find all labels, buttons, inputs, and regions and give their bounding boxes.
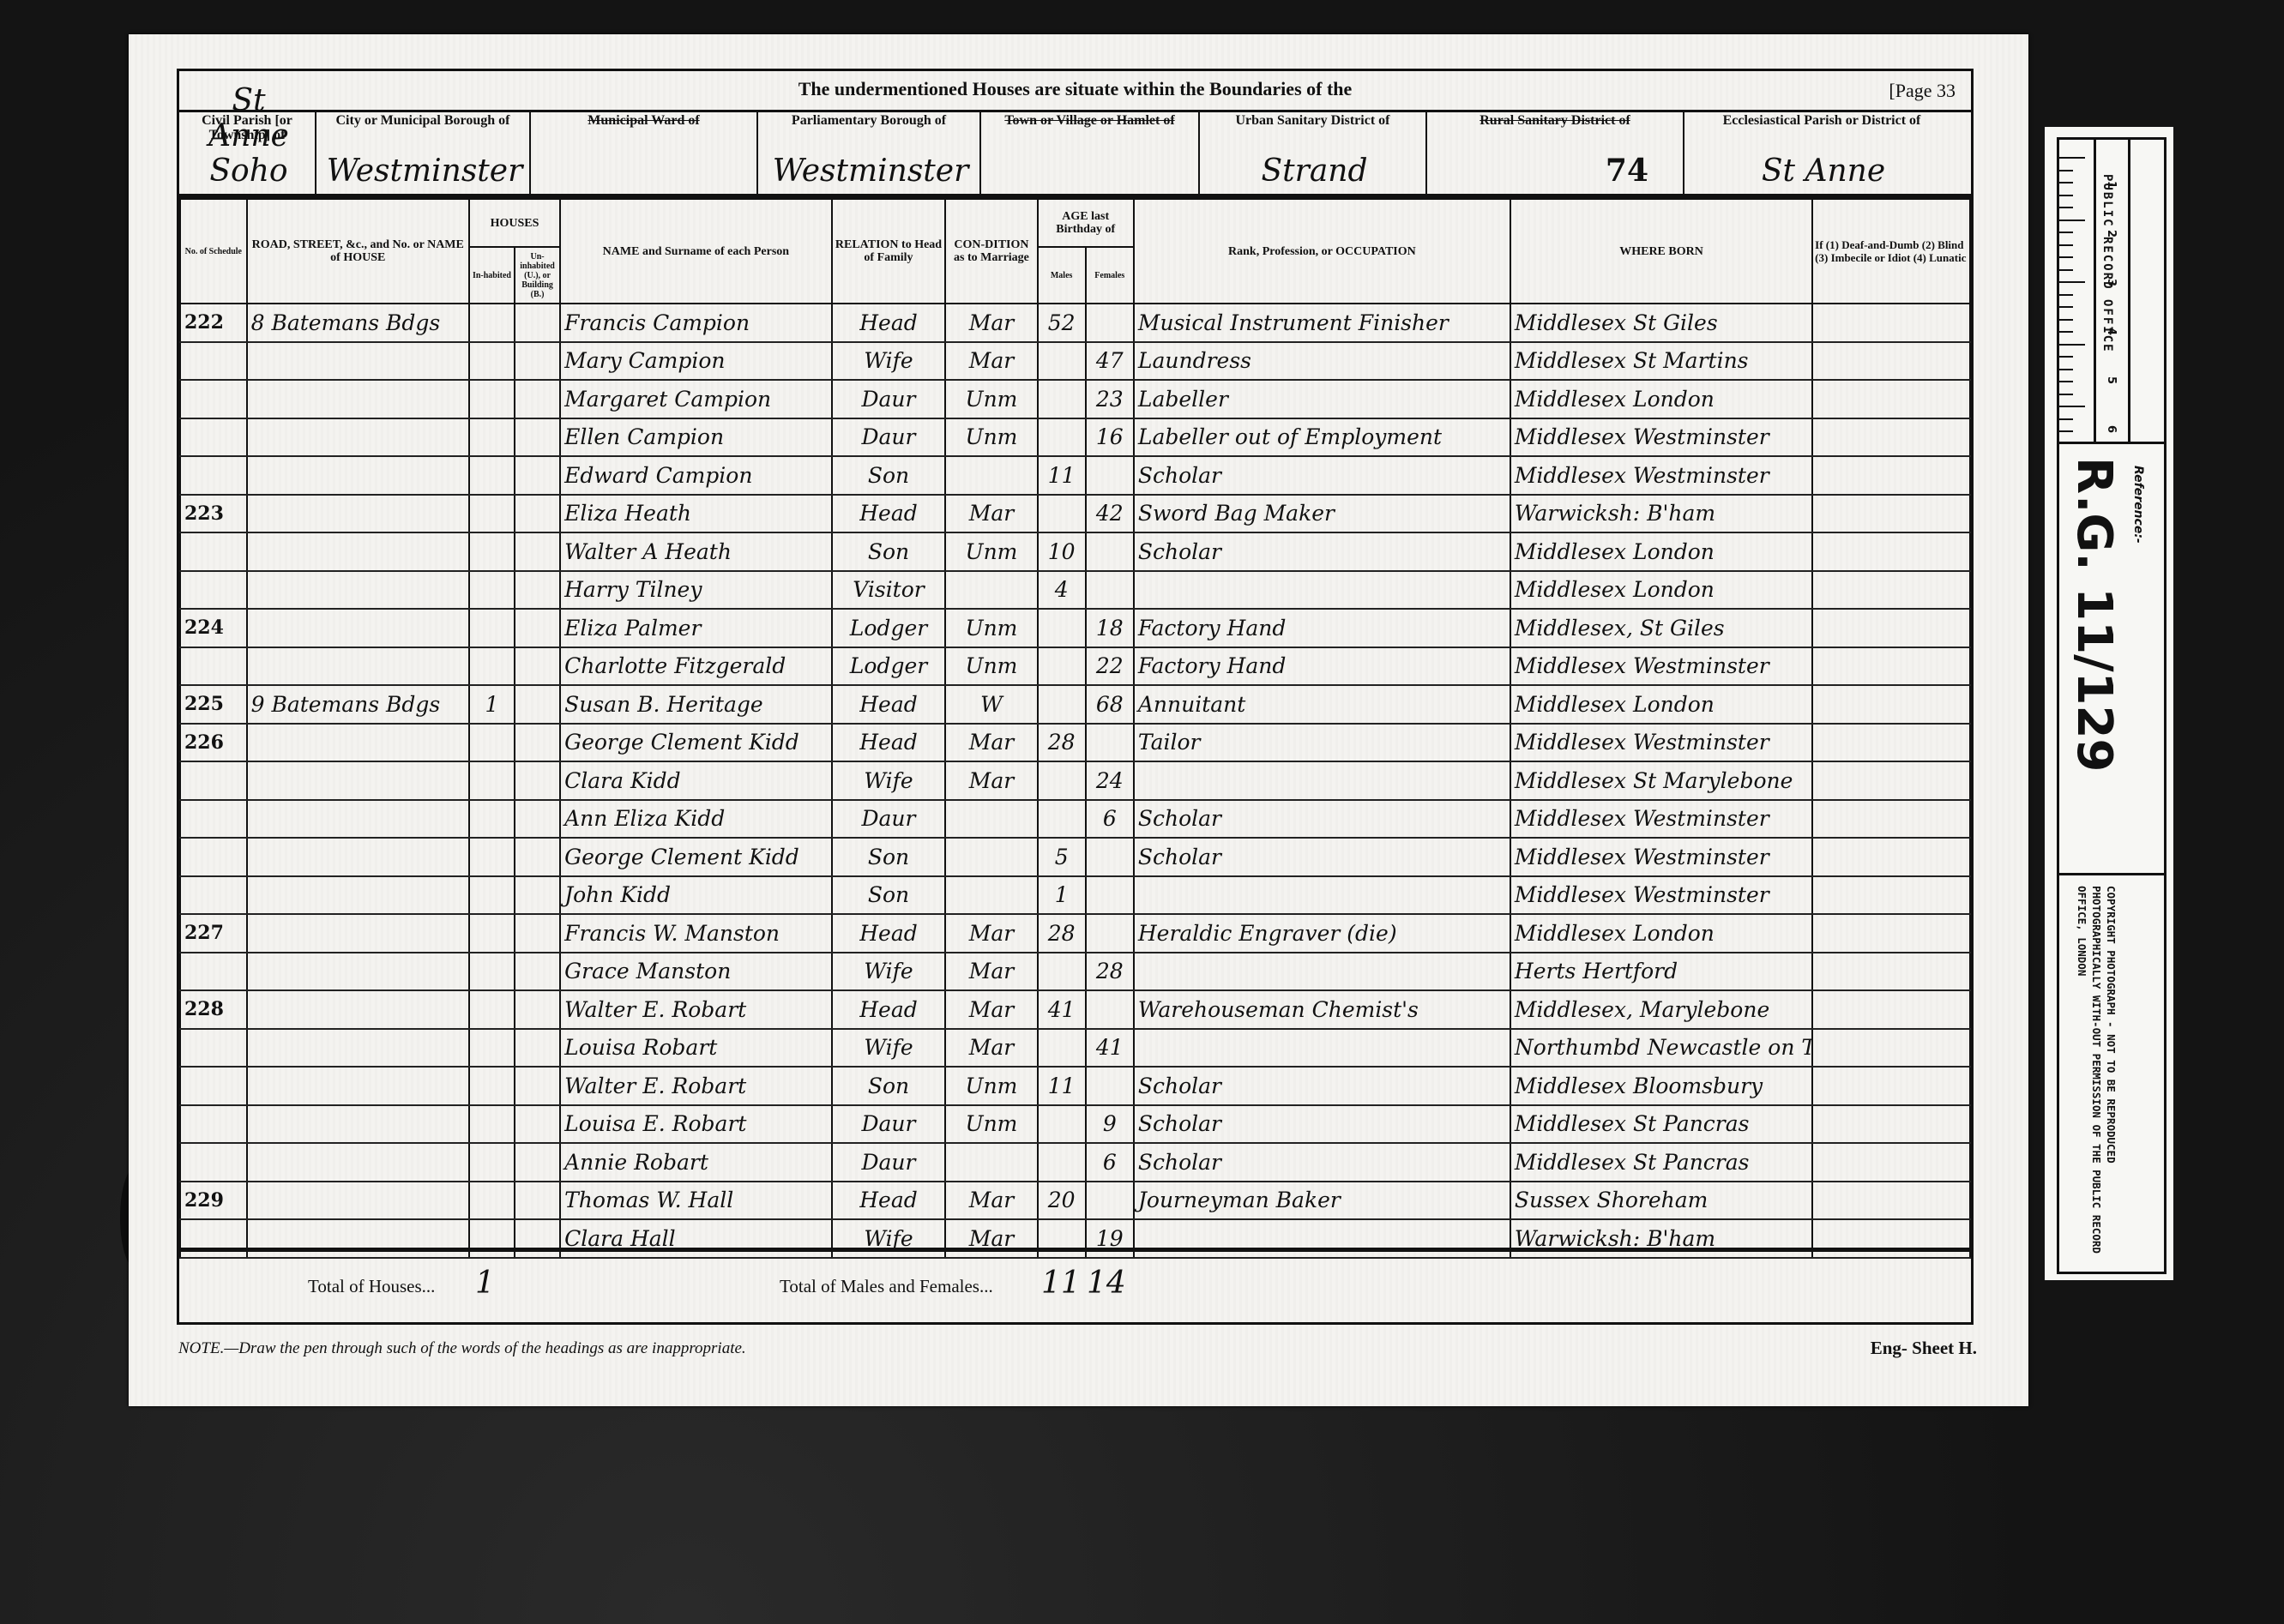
table-row: George Clement KiddSon5ScholarMiddlesex … xyxy=(180,838,1970,876)
cell-relation: Daur xyxy=(832,800,946,839)
cell-female-age xyxy=(1086,876,1134,915)
cell-condition: Unm xyxy=(945,1067,1037,1105)
cell-schedule xyxy=(180,800,247,839)
cell-name: Annie Robart xyxy=(560,1143,832,1182)
table-row: Annie RobartDaur6ScholarMiddlesex St Pan… xyxy=(180,1143,1970,1182)
cell-inhabited xyxy=(469,456,515,495)
cell-inhabited xyxy=(469,838,515,876)
cell-female-age: 28 xyxy=(1086,953,1134,991)
cell-condition: Unm xyxy=(945,647,1037,686)
cell-inhabited xyxy=(469,609,515,647)
cell-male-age: 41 xyxy=(1038,990,1086,1029)
cell-occupation: Warehouseman Chemist's xyxy=(1134,990,1510,1029)
cell-born: Middlesex Westminster xyxy=(1510,647,1812,686)
cell-born: Warwicksh: B'ham xyxy=(1510,495,1812,533)
col-schedule: No. of Schedule xyxy=(180,199,247,304)
household-table: No. of Schedule ROAD, STREET, &c., and N… xyxy=(179,198,1971,1287)
cell-occupation: Tailor xyxy=(1134,724,1510,762)
cell-inhabited xyxy=(469,571,515,610)
table-row: Harry TilneyVisitor4Middlesex London xyxy=(180,571,1970,610)
cell-schedule xyxy=(180,1105,247,1144)
cell-male-age xyxy=(1038,1105,1086,1144)
cell-born: Sussex Shoreham xyxy=(1510,1182,1812,1220)
cell-condition: Unm xyxy=(945,609,1037,647)
sheet-label: Eng- Sheet H. xyxy=(1871,1338,1977,1359)
cell-female-age: 42 xyxy=(1086,495,1134,533)
copyright-notice: COPYRIGHT PHOTOGRAPH - NOT TO BE REPRODU… xyxy=(2075,886,2118,1263)
cell-schedule: 229 xyxy=(180,1182,247,1220)
cell-schedule xyxy=(180,953,247,991)
cell-female-age: 16 xyxy=(1086,418,1134,457)
table-row: Walter A HeathSonUnm10ScholarMiddlesex L… xyxy=(180,532,1970,571)
cell-empty xyxy=(1812,724,1970,762)
cell-road xyxy=(247,647,469,686)
cell-empty xyxy=(1812,342,1970,381)
cell-occupation: Factory Hand xyxy=(1134,647,1510,686)
cell-born: Middlesex, Marylebone xyxy=(1510,990,1812,1029)
table-row: Mary CampionWifeMar47LaundressMiddlesex … xyxy=(180,342,1970,381)
cell-name: Eliza Palmer xyxy=(560,609,832,647)
cell-relation: Head xyxy=(832,495,946,533)
ruler-tick xyxy=(2059,220,2085,221)
col-relation: RELATION to Head of Family xyxy=(832,199,946,304)
cell-occupation: Sword Bag Maker xyxy=(1134,495,1510,533)
cell-female-age: 22 xyxy=(1086,647,1134,686)
scale-digit: 6 xyxy=(2105,425,2118,433)
cell-male-age xyxy=(1038,761,1086,800)
cell-male-age xyxy=(1038,609,1086,647)
cell-schedule xyxy=(180,532,247,571)
ruler-tick xyxy=(2059,157,2085,159)
cell-name: Mary Campion xyxy=(560,342,832,381)
cell-schedule xyxy=(180,571,247,610)
boundary-label: Parliamentary Borough of xyxy=(758,110,979,128)
cell-empty xyxy=(1812,1029,1970,1068)
cell-male-age: 4 xyxy=(1038,571,1086,610)
table-row: Louisa E. RobartDaurUnm9ScholarMiddlesex… xyxy=(180,1105,1970,1144)
cell-born: Middlesex London xyxy=(1510,380,1812,418)
cell-empty xyxy=(515,571,560,610)
cell-empty xyxy=(515,647,560,686)
ruler-tick xyxy=(2059,306,2073,308)
cell-name: John Kidd xyxy=(560,876,832,915)
total-houses-value: 1 xyxy=(475,1266,495,1301)
ruler-tick xyxy=(2059,294,2073,296)
table-row: 229Thomas W. HallHeadMar20Journeyman Bak… xyxy=(180,1182,1970,1220)
cell-empty xyxy=(1812,571,1970,610)
cell-empty xyxy=(515,914,560,953)
archive-reference-strip: 123456 PUBLIC RECORD OFFICE Reference:- … xyxy=(2045,127,2173,1280)
cell-condition xyxy=(945,456,1037,495)
cell-relation: Head xyxy=(832,990,946,1029)
cell-born: Northumbd Newcastle on T. xyxy=(1510,1029,1812,1068)
cell-condition: Mar xyxy=(945,495,1037,533)
cell-female-age xyxy=(1086,571,1134,610)
cell-empty xyxy=(1812,495,1970,533)
cell-relation: Lodger xyxy=(832,647,946,686)
cell-road xyxy=(247,990,469,1029)
page-number: [Page 33 xyxy=(1889,80,1956,102)
cell-empty xyxy=(1812,304,1970,342)
cell-male-age xyxy=(1038,1143,1086,1182)
total-males-value: 11 xyxy=(1041,1266,1081,1301)
cell-empty xyxy=(1812,456,1970,495)
cell-condition: Unm xyxy=(945,380,1037,418)
cell-male-age xyxy=(1038,418,1086,457)
cell-empty xyxy=(515,876,560,915)
cell-male-age: 5 xyxy=(1038,838,1086,876)
boundary-label: Urban Sanitary District of xyxy=(1200,110,1425,128)
table-row: 223Eliza HeathHeadMar42Sword Bag MakerWa… xyxy=(180,495,1970,533)
table-row: Clara KiddWifeMar24Middlesex St Marylebo… xyxy=(180,761,1970,800)
cell-relation: Lodger xyxy=(832,609,946,647)
cell-empty xyxy=(515,800,560,839)
cell-female-age xyxy=(1086,838,1134,876)
cell-condition: Unm xyxy=(945,532,1037,571)
reference-code: R.G. 11/129 xyxy=(2066,457,2122,772)
cell-relation: Head xyxy=(832,1182,946,1220)
cell-occupation: Annuitant xyxy=(1134,685,1510,724)
col-uninhabited: Un-inhabited (U.), or Building (B.) xyxy=(515,247,560,304)
ruler-tick xyxy=(2059,256,2073,258)
cell-condition: Mar xyxy=(945,342,1037,381)
ruler-tick xyxy=(2059,207,2073,208)
census-page: The undermentioned Houses are situate wi… xyxy=(129,34,2028,1406)
cell-inhabited xyxy=(469,1182,515,1220)
total-persons-label: Total of Males and Females... xyxy=(780,1276,993,1297)
cell-relation: Daur xyxy=(832,418,946,457)
cell-male-age xyxy=(1038,495,1086,533)
cell-born: Middlesex Westminster xyxy=(1510,418,1812,457)
cell-inhabited xyxy=(469,1067,515,1105)
cell-inhabited xyxy=(469,953,515,991)
cell-condition: Mar xyxy=(945,990,1037,1029)
public-record-office-label: PUBLIC RECORD OFFICE xyxy=(2100,174,2114,353)
cell-inhabited xyxy=(469,990,515,1029)
cell-condition: Mar xyxy=(945,1029,1037,1068)
col-born: WHERE BORN xyxy=(1510,199,1812,304)
col-infirmity: If (1) Deaf-and-Dumb (2) Blind (3) Imbec… xyxy=(1812,199,1970,304)
boundary-cell: Town or Village or Hamlet of xyxy=(981,110,1200,194)
cell-relation: Son xyxy=(832,1067,946,1105)
cell-born: Middlesex London xyxy=(1510,532,1812,571)
cell-name: Harry Tilney xyxy=(560,571,832,610)
cell-female-age xyxy=(1086,1067,1134,1105)
cell-relation: Son xyxy=(832,532,946,571)
cell-occupation: Factory Hand xyxy=(1134,609,1510,647)
cell-born: Middlesex Westminster xyxy=(1510,456,1812,495)
cell-female-age xyxy=(1086,304,1134,342)
boundary-cell: Rural Sanitary District of74 xyxy=(1427,110,1684,194)
cell-empty xyxy=(515,304,560,342)
cell-empty xyxy=(1812,876,1970,915)
table-row: Grace ManstonWifeMar28Herts Hertford xyxy=(180,953,1970,991)
cell-inhabited xyxy=(469,1105,515,1144)
cell-condition xyxy=(945,1143,1037,1182)
table-row: Walter E. RobartSonUnm11ScholarMiddlesex… xyxy=(180,1067,1970,1105)
cell-female-age xyxy=(1086,914,1134,953)
cell-name: Francis Campion xyxy=(560,304,832,342)
cell-road xyxy=(247,800,469,839)
ruler-tick xyxy=(2059,418,2073,420)
table-row: 227Francis W. ManstonHeadMar28Heraldic E… xyxy=(180,914,1970,953)
cell-female-age: 41 xyxy=(1086,1029,1134,1068)
boundary-label: Municipal Ward of xyxy=(531,110,756,128)
cell-relation: Son xyxy=(832,876,946,915)
cell-road xyxy=(247,914,469,953)
boundary-value: 74 xyxy=(1436,153,1648,189)
cell-condition: Mar xyxy=(945,304,1037,342)
boundary-value: Westminster xyxy=(767,153,974,189)
ruler-tick xyxy=(2059,170,2073,171)
cell-born: Herts Hertford xyxy=(1510,953,1812,991)
cell-empty xyxy=(515,532,560,571)
col-females: Females xyxy=(1086,247,1134,304)
cell-schedule: 227 xyxy=(180,914,247,953)
cell-female-age xyxy=(1086,990,1134,1029)
cell-female-age: 47 xyxy=(1086,342,1134,381)
cell-name: Susan B. Heritage xyxy=(560,685,832,724)
cell-born: Middlesex London xyxy=(1510,571,1812,610)
cell-occupation: Scholar xyxy=(1134,532,1510,571)
cell-empty xyxy=(515,342,560,381)
cell-name: Thomas W. Hall xyxy=(560,1182,832,1220)
cell-relation: Son xyxy=(832,456,946,495)
cell-empty xyxy=(1812,418,1970,457)
cell-empty xyxy=(1812,838,1970,876)
cell-road xyxy=(247,532,469,571)
cell-relation: Son xyxy=(832,838,946,876)
boundary-cell: Ecclesiastical Parish or District ofSt A… xyxy=(1684,110,1959,194)
cell-inhabited xyxy=(469,495,515,533)
cell-male-age: 11 xyxy=(1038,1067,1086,1105)
cell-born: Middlesex St Pancras xyxy=(1510,1143,1812,1182)
col-houses: HOUSES xyxy=(469,199,560,247)
cell-inhabited xyxy=(469,418,515,457)
cell-inhabited xyxy=(469,647,515,686)
cell-male-age: 20 xyxy=(1038,1182,1086,1220)
cell-road: 9 Batemans Bdgs xyxy=(247,685,469,724)
cell-schedule xyxy=(180,876,247,915)
cell-relation: Head xyxy=(832,304,946,342)
cell-male-age: 28 xyxy=(1038,724,1086,762)
table-row: 2259 Batemans Bdgs1Susan B. HeritageHead… xyxy=(180,685,1970,724)
cell-inhabited xyxy=(469,342,515,381)
cell-condition: Mar xyxy=(945,953,1037,991)
reference-label: Reference:- xyxy=(2131,466,2145,544)
cell-road xyxy=(247,1143,469,1182)
cell-born: Middlesex Westminster xyxy=(1510,876,1812,915)
cell-name: Grace Manston xyxy=(560,953,832,991)
cell-occupation: Journeyman Baker xyxy=(1134,1182,1510,1220)
cell-relation: Wife xyxy=(832,953,946,991)
cell-empty xyxy=(1812,1143,1970,1182)
cell-empty xyxy=(515,724,560,762)
cell-relation: Head xyxy=(832,685,946,724)
cell-male-age xyxy=(1038,647,1086,686)
cell-schedule xyxy=(180,456,247,495)
cell-born: Middlesex London xyxy=(1510,685,1812,724)
cell-born: Middlesex St Pancras xyxy=(1510,1105,1812,1144)
cell-inhabited xyxy=(469,304,515,342)
cell-road xyxy=(247,495,469,533)
cell-road xyxy=(247,876,469,915)
ruler-tick xyxy=(2059,319,2073,321)
cell-condition xyxy=(945,876,1037,915)
cell-name: Clara Kidd xyxy=(560,761,832,800)
cell-female-age: 9 xyxy=(1086,1105,1134,1144)
cell-schedule: 226 xyxy=(180,724,247,762)
cell-empty xyxy=(515,990,560,1029)
cell-occupation: Scholar xyxy=(1134,838,1510,876)
cell-condition: Mar xyxy=(945,724,1037,762)
cell-occupation: Laundress xyxy=(1134,342,1510,381)
cell-name: Walter A Heath xyxy=(560,532,832,571)
boundary-label: Town or Village or Hamlet of xyxy=(981,110,1198,128)
table-row: Ann Eliza KiddDaur6ScholarMiddlesex West… xyxy=(180,800,1970,839)
cell-empty xyxy=(515,761,560,800)
cell-relation: Daur xyxy=(832,1105,946,1144)
cell-empty xyxy=(515,1067,560,1105)
cell-name: George Clement Kidd xyxy=(560,724,832,762)
cell-name: Walter E. Robart xyxy=(560,1067,832,1105)
cell-born: Middlesex St Martins xyxy=(1510,342,1812,381)
cell-inhabited xyxy=(469,761,515,800)
cell-occupation: Musical Instrument Finisher xyxy=(1134,304,1510,342)
census-form: The undermentioned Houses are situate wi… xyxy=(177,69,1974,1325)
ruler-tick xyxy=(2059,281,2085,283)
cell-born: Middlesex St Marylebone xyxy=(1510,761,1812,800)
cell-male-age xyxy=(1038,1029,1086,1068)
boundary-cell: Parliamentary Borough ofWestminster xyxy=(758,110,981,194)
cell-road xyxy=(247,1067,469,1105)
cell-relation: Head xyxy=(832,914,946,953)
cell-empty xyxy=(515,380,560,418)
cell-road: 8 Batemans Bdgs xyxy=(247,304,469,342)
strip-divider xyxy=(2059,442,2164,444)
cell-inhabited: 1 xyxy=(469,685,515,724)
cell-born: Middlesex Westminster xyxy=(1510,838,1812,876)
ruler-tick xyxy=(2059,356,2073,358)
cell-born: Middlesex St Giles xyxy=(1510,304,1812,342)
cell-male-age: 1 xyxy=(1038,876,1086,915)
ruler-tick xyxy=(2059,182,2073,183)
total-houses-label: Total of Houses... xyxy=(308,1276,435,1297)
inch-ruler xyxy=(2059,140,2096,442)
boundary-label: City or Municipal Borough of xyxy=(316,110,529,128)
cell-name: Charlotte Fitzgerald xyxy=(560,647,832,686)
col-road: ROAD, STREET, &c., and No. or NAME of HO… xyxy=(247,199,469,304)
col-name: NAME and Surname of each Person xyxy=(560,199,832,304)
cell-name: Ann Eliza Kidd xyxy=(560,800,832,839)
table-row: Margaret CampionDaurUnm23LabellerMiddles… xyxy=(180,380,1970,418)
cell-empty xyxy=(1812,990,1970,1029)
cell-schedule: 224 xyxy=(180,609,247,647)
col-age: AGE last Birthday of xyxy=(1038,199,1134,247)
cell-occupation xyxy=(1134,761,1510,800)
cell-name: Margaret Campion xyxy=(560,380,832,418)
cell-condition xyxy=(945,800,1037,839)
totals-row: Total of Houses... 1 Total of Males and … xyxy=(179,1248,1971,1322)
cell-empty xyxy=(1812,380,1970,418)
cell-name: Louisa E. Robart xyxy=(560,1105,832,1144)
cell-occupation xyxy=(1134,953,1510,991)
cell-female-age: 6 xyxy=(1086,1143,1134,1182)
cell-road xyxy=(247,609,469,647)
cell-schedule xyxy=(180,647,247,686)
cell-condition: Mar xyxy=(945,914,1037,953)
cell-female-age xyxy=(1086,456,1134,495)
cell-empty xyxy=(515,953,560,991)
boundary-cell: Urban Sanitary District ofStrand xyxy=(1200,110,1427,194)
cell-name: Eliza Heath xyxy=(560,495,832,533)
col-males: Males xyxy=(1038,247,1086,304)
cell-born: Middlesex London xyxy=(1510,914,1812,953)
cell-road xyxy=(247,1105,469,1144)
cell-occupation xyxy=(1134,876,1510,915)
cell-male-age xyxy=(1038,800,1086,839)
boundary-cell: Civil Parish [or Township] ofSt Anne Soh… xyxy=(179,110,316,194)
ruler-tick xyxy=(2059,369,2073,370)
cell-road xyxy=(247,953,469,991)
cell-inhabited xyxy=(469,532,515,571)
boundary-cell: Municipal Ward of xyxy=(531,110,758,194)
cell-condition: Unm xyxy=(945,1105,1037,1144)
cell-inhabited xyxy=(469,914,515,953)
cell-schedule xyxy=(180,1143,247,1182)
cell-empty xyxy=(515,685,560,724)
cell-road xyxy=(247,1029,469,1068)
cell-occupation: Scholar xyxy=(1134,1067,1510,1105)
cell-schedule xyxy=(180,380,247,418)
cell-road xyxy=(247,418,469,457)
cell-empty xyxy=(1812,532,1970,571)
cell-condition xyxy=(945,838,1037,876)
cell-name: Louisa Robart xyxy=(560,1029,832,1068)
cell-female-age: 24 xyxy=(1086,761,1134,800)
boundary-label: Rural Sanitary District of xyxy=(1427,110,1683,128)
form-title-row: The undermentioned Houses are situate wi… xyxy=(179,71,1971,112)
boundaries-row: Civil Parish [or Township] ofSt Anne Soh… xyxy=(179,110,1971,198)
cell-schedule xyxy=(180,418,247,457)
cell-male-age xyxy=(1038,380,1086,418)
cell-schedule xyxy=(180,1029,247,1068)
cell-inhabited xyxy=(469,1029,515,1068)
cell-condition: Mar xyxy=(945,1182,1037,1220)
cell-female-age xyxy=(1086,724,1134,762)
cell-empty xyxy=(515,495,560,533)
boundary-value: St Anne xyxy=(1693,153,1954,189)
cell-occupation: Heraldic Engraver (die) xyxy=(1134,914,1510,953)
cell-female-age xyxy=(1086,1182,1134,1220)
table-row: Ellen CampionDaurUnm16Labeller out of Em… xyxy=(180,418,1970,457)
cell-road xyxy=(247,380,469,418)
cell-empty xyxy=(1812,647,1970,686)
cell-female-age: 68 xyxy=(1086,685,1134,724)
col-condition: CON-DITION as to Marriage xyxy=(945,199,1037,304)
cell-name: Walter E. Robart xyxy=(560,990,832,1029)
cell-empty xyxy=(515,1182,560,1220)
col-occupation: Rank, Profession, or OCCUPATION xyxy=(1134,199,1510,304)
total-females-value: 14 xyxy=(1087,1266,1126,1301)
cell-empty xyxy=(1812,953,1970,991)
cell-occupation xyxy=(1134,1029,1510,1068)
cell-male-age: 28 xyxy=(1038,914,1086,953)
cell-road xyxy=(247,838,469,876)
cell-born: Middlesex Bloomsbury xyxy=(1510,1067,1812,1105)
cell-empty xyxy=(1812,761,1970,800)
table-row: Louisa RobartWifeMar41Northumbd Newcastl… xyxy=(180,1029,1970,1068)
